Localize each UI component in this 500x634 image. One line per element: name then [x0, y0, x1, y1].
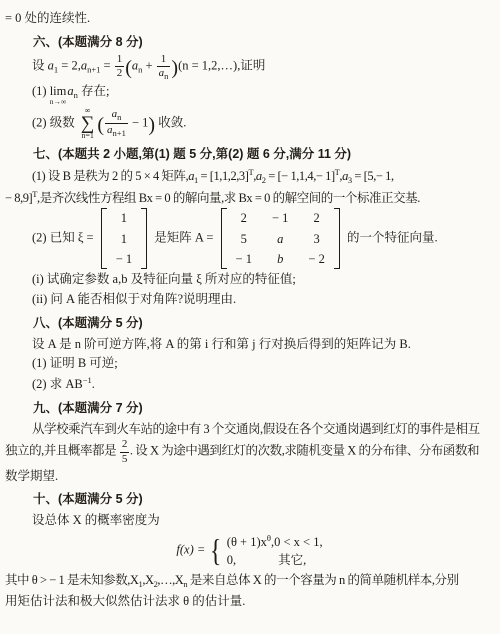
frac-denominator: 2 — [115, 66, 125, 80]
right-bracket — [334, 208, 340, 269]
frac-numerator: 1 — [115, 54, 125, 67]
matrix-cell: 2 — [241, 211, 247, 225]
matrix-cell: 2 — [314, 211, 320, 225]
frac-denominator: an+1 — [105, 123, 128, 138]
q6-item1-tail: 存在; — [78, 84, 110, 98]
matrix-cell-a: a — [277, 232, 283, 246]
var-a-subscript: n+1 — [113, 128, 126, 138]
fraction-two-fifths: 25 — [120, 439, 129, 465]
fraction-one-over-an: 1an — [157, 54, 171, 81]
lim-subscript: n→∞ — [50, 98, 67, 106]
var-a-subscript: n — [164, 71, 168, 81]
frac-numerator: 2 — [120, 439, 129, 452]
matrix-cell: 3 — [314, 232, 320, 246]
q8-item2: (2) 求 AB−1. — [4, 374, 495, 394]
frac-numerator: an — [105, 109, 128, 123]
q6-heading: 六、(本题满分 8 分) — [4, 33, 495, 52]
vector-cell: − 1 — [116, 252, 132, 266]
q7-part2-line: (2) 已知 ξ = 11− 1 是矩阵 A = 2− 125a3− 1b− 2… — [4, 208, 495, 269]
frac-denominator: 5 — [120, 452, 129, 466]
q7-part1-line1: (1) 设 B 是秩为 2 的 5 × 4 矩阵,a1 = [1,1,2,3]T… — [4, 166, 495, 187]
vector-3-values-end: − 8,9] — [5, 191, 32, 205]
case-row-2: 0,其它, — [227, 552, 323, 568]
vector-cells: 11− 1 — [107, 208, 141, 269]
q7-part2-mid: 是矩阵 A = — [151, 231, 216, 245]
q6-setup-tail: (n = 1,2,…),证明 — [178, 58, 265, 72]
limit-operator: limn→∞ — [50, 85, 67, 106]
plus-sign: + — [142, 58, 155, 72]
fx-lhs: f(x) = — [176, 542, 208, 556]
q7-part2-item-ii: (ii) 问 A 能否相似于对角阵?说明理由. — [4, 290, 495, 309]
vector-cell: 1 — [121, 232, 127, 246]
q6-setup-eq2: = 2, — [58, 58, 81, 72]
q7-heading: 七、(本题共 2 小题,第(1) 题 5 分,第(2) 题 6 分,满分 11 … — [4, 145, 495, 164]
right-bracket — [141, 208, 147, 269]
inverse-exponent: −1 — [83, 375, 92, 385]
matrix-cell: 5 — [241, 232, 247, 246]
var-a-subscript: n — [117, 112, 121, 122]
q6-item2-tail: 收敛. — [155, 115, 186, 129]
q9-line2: 独立的,并且概率都是 25. 设 X 为途中遇到红灯的次数,求随机变量 X 的分… — [4, 439, 495, 465]
sigma-icon: ∑ — [81, 115, 95, 132]
q10-line2a: 其中 θ > − 1 是未知参数,X — [5, 573, 139, 587]
q9-heading: 九、(本题满分 7 分) — [4, 399, 495, 418]
matrix-cell-b: b — [277, 252, 283, 266]
q10-line2c: ,…,X — [157, 573, 183, 587]
fraction-one-half: 12 — [115, 54, 125, 80]
q10-line1: 设总体 X 的概率密度为 — [4, 511, 495, 530]
q8-item2-period: . — [92, 377, 95, 391]
q8-line1: 设 A 是 n 阶可逆方阵,将 A 的第 i 行和第 j 行对换后得到的矩阵记为… — [4, 335, 495, 354]
vector-xi: 11− 1 — [101, 208, 147, 269]
q8-item1: (1) 证明 B 可逆; — [4, 354, 495, 373]
q10-line2d: 是来自总体 X 的一个容量为 n 的简单随机样本,分别 — [187, 573, 458, 587]
left-paren: ( — [97, 114, 104, 136]
q6-setup-pre: 设 — [32, 58, 48, 72]
q6-item1: (1) limn→∞an 存在; — [4, 82, 495, 106]
q7-part2-pre: (2) 已知 ξ = — [32, 231, 97, 245]
case1-condition: ,0 < x < 1, — [271, 535, 323, 549]
q10-density-formula: f(x) = {(θ + 1)xθ,0 < x < 1,0,其它, — [4, 533, 495, 569]
q8-heading: 八、(本题满分 5 分) — [4, 314, 495, 333]
sum-lower-bound: n=1 — [81, 132, 94, 140]
q9-line3: 数学期望. — [4, 467, 495, 486]
q7-part2-tail: 的一个特征向量. — [344, 231, 438, 245]
q7-part2-item-i: (i) 试确定参数 a,b 及特征向量 ξ 所对应的特征值; — [4, 270, 495, 289]
matrix-cell: − 2 — [308, 252, 324, 266]
piecewise-cases: {(θ + 1)xθ,0 < x < 1,0,其它, — [208, 533, 322, 569]
minus-one: − 1 — [129, 115, 149, 129]
q10-heading: 十、(本题满分 5 分) — [4, 490, 495, 509]
case2-value: 0, — [227, 553, 236, 567]
var-an1-subscript: n+1 — [87, 64, 100, 74]
q9-line2-tail: . 设 X 为途中遇到红灯的次数,求随机变量 X 的分布律、分布函数和 — [130, 444, 479, 458]
continuation-line: = 0 处的连续性. — [4, 9, 495, 28]
q6-item2-number: (2) 级数 — [32, 115, 78, 129]
vector-cell: 1 — [121, 211, 127, 225]
q6-item1-number: (1) — [32, 84, 50, 98]
q6-setup-eq: = — [100, 58, 113, 72]
q7-part1-lead: (1) 设 B 是秩为 2 的 5 × 4 矩阵, — [32, 169, 188, 183]
exam-page: = 0 处的连续性. 六、(本题满分 8 分) 设 a1 = 2,an+1 = … — [0, 0, 500, 611]
q6-setup-formula: 设 a1 = 2,an+1 = 12(an + 1an)(n = 1,2,…),… — [4, 54, 495, 81]
case2-condition: 其它, — [278, 553, 306, 567]
q6-item2: (2) 级数 ∞∑n=1(anan+1 − 1) 收敛. — [4, 107, 495, 140]
left-brace: { — [210, 537, 222, 564]
fraction-an-over-an1: anan+1 — [105, 109, 128, 138]
q9-line1: 从学校乘汽车到火车站的途中有 3 个交通岗,假设在各个交通岗遇到红灯的事件是相互 — [4, 420, 495, 439]
q7-part1-tail: ,是齐次线性方程组 Bx = 0 的解向量,求 Bx = 0 的解空间的一个标准… — [37, 191, 420, 205]
left-paren: ( — [125, 57, 132, 79]
summation-operator: ∞∑n=1 — [81, 107, 95, 140]
q9-line2-pre: 独立的,并且概率都是 — [5, 444, 119, 458]
q8-item2-pre: (2) 求 AB — [32, 377, 83, 391]
vector-3-values-start: = [5,− 1, — [352, 169, 394, 183]
matrix-cell: − 1 — [236, 252, 252, 266]
matrix-cell: − 1 — [272, 211, 288, 225]
lim-word: lim — [50, 85, 67, 98]
q10-line3: 用矩估计法和极大似然估计法求 θ 的估计量. — [4, 592, 495, 611]
q10-line2b: ,X — [142, 573, 153, 587]
frac-numerator: 1 — [157, 54, 171, 67]
case1-expression: (θ + 1)x — [227, 535, 267, 549]
frac-denominator: an — [157, 66, 171, 81]
matrix-cells: 2− 125a3− 1b− 2 — [227, 208, 334, 269]
matrix-A: 2− 125a3− 1b− 2 — [221, 208, 340, 269]
cases-column: (θ + 1)xθ,0 < x < 1,0,其它, — [227, 533, 323, 569]
q7-part1-line2: − 8,9]T,是齐次线性方程组 Bx = 0 的解向量,求 Bx = 0 的解… — [4, 188, 495, 208]
q10-line2: 其中 θ > − 1 是未知参数,X1,X2,…,Xn 是来自总体 X 的一个容… — [4, 571, 495, 591]
case-row-1: (θ + 1)xθ,0 < x < 1, — [227, 533, 323, 550]
vector-2-values: = [− 1,1,4,− 1] — [266, 169, 335, 183]
vector-1-values: = [1,1,2,3] — [198, 169, 249, 183]
